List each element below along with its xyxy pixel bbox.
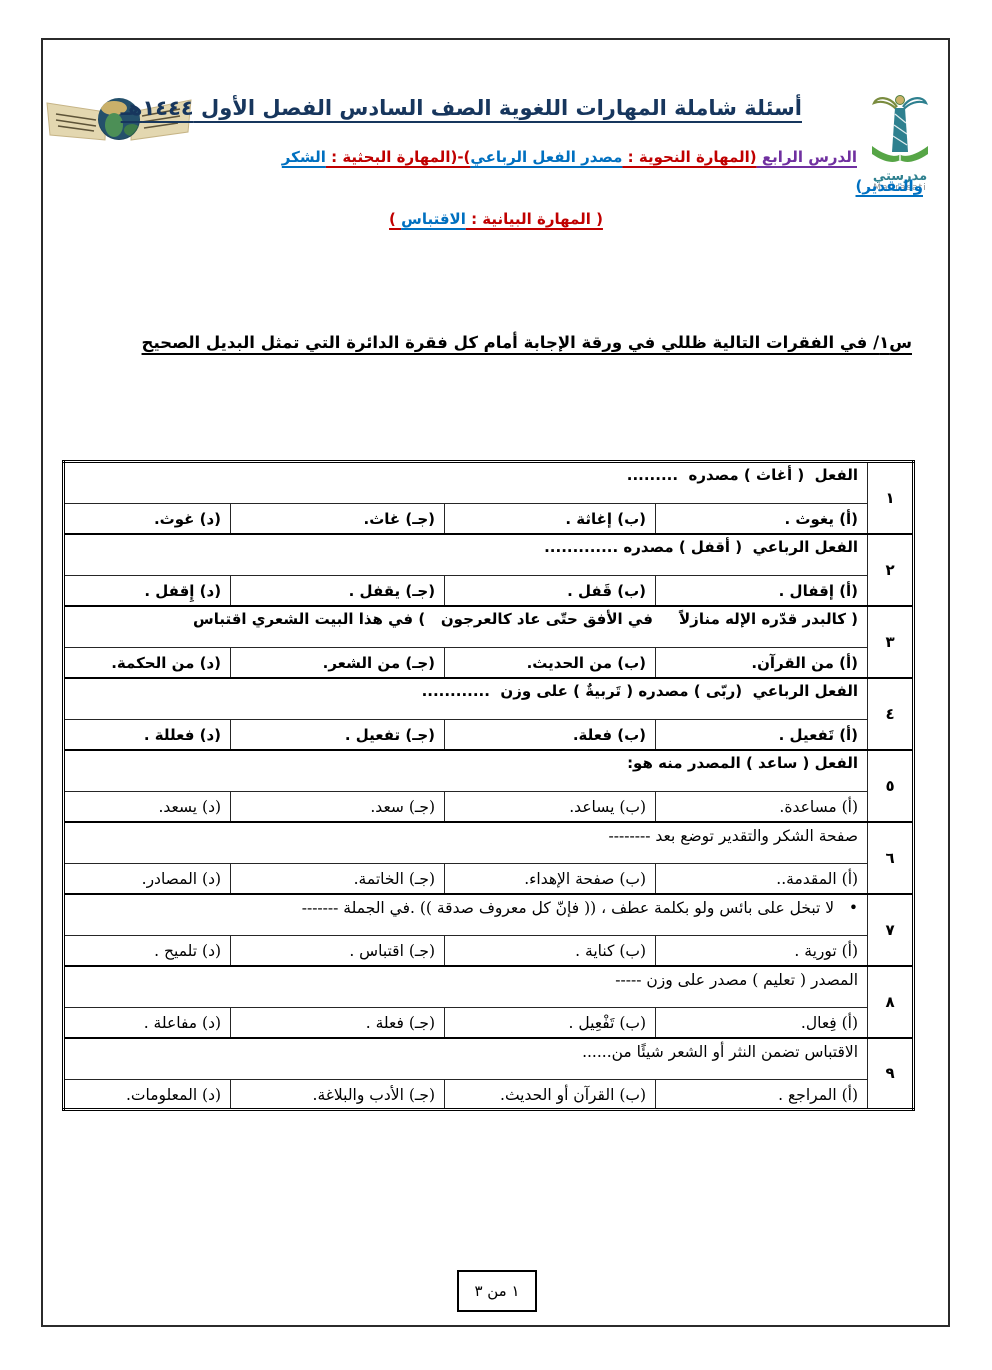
questions-table-body: ١الفعل ( أغاث ) مصدره .........(أ) يغوث … bbox=[64, 462, 914, 1110]
question-row: ١الفعل ( أغاث ) مصدره ......... bbox=[64, 462, 914, 504]
option-a: (أ) يغوث . bbox=[656, 504, 868, 534]
question-text: صفحة الشكر والتقدير توضع بعد -------- bbox=[64, 822, 868, 864]
question-row: ٧• لا تبخل على بائس ولو بكلمة عطف ، (( ف… bbox=[64, 894, 914, 936]
option-c: (جـ) سعد. bbox=[231, 792, 445, 822]
option-d: (د) تلميح . bbox=[64, 936, 231, 966]
option-d: (د) فعللة . bbox=[64, 720, 231, 750]
option-d: (د) غوث. bbox=[64, 504, 231, 534]
question-number: ١ bbox=[868, 462, 914, 534]
question-number: ٤ bbox=[868, 678, 914, 750]
worksheet-page: { "header": { "title": "أسئلة شاملة المه… bbox=[0, 0, 992, 1370]
option-b: (ب) تَفْعِيل . bbox=[445, 1008, 656, 1038]
option-b: (ب) صفحة الإهداء. bbox=[445, 864, 656, 894]
option-c: (جـ) الأدب والبلاغة. bbox=[231, 1080, 445, 1110]
book-left-page bbox=[47, 103, 106, 140]
visual-skill-open: ( المهارة البيانية : bbox=[466, 210, 603, 228]
options-row: (أ) من القرآن.(ب) من الحديث.(جـ) من الشع… bbox=[64, 648, 914, 678]
lesson-line-continuation: والتقدير) bbox=[856, 177, 924, 195]
question-number: ٣ bbox=[868, 606, 914, 678]
options-row: (أ) المقدمة..(ب) صفحة الإهداء.(جـ) الخات… bbox=[64, 864, 914, 894]
option-a: (أ) فِعال. bbox=[656, 1008, 868, 1038]
option-c: (جـ) اقتباس . bbox=[231, 936, 445, 966]
lesson-line: الدرس الرابع (المهارة النحوية : مصدر الف… bbox=[167, 148, 857, 166]
question-row: ٢الفعل الرباعي ( أقفل ) مصدره ..........… bbox=[64, 534, 914, 576]
question-number: ٥ bbox=[868, 750, 914, 822]
option-c: (جـ) الخاتمة. bbox=[231, 864, 445, 894]
option-b: (ب) القرآن أو الحديث. bbox=[445, 1080, 656, 1110]
option-c: (جـ) تفعيل . bbox=[231, 720, 445, 750]
research-skill-term: الشكر bbox=[282, 148, 326, 166]
option-a: (أ) تَفعيل . bbox=[656, 720, 868, 750]
question-text: الفعل الرباعي (ربّى ) مصدره ( تَربيةٌ ) … bbox=[64, 678, 868, 720]
question-number: ٦ bbox=[868, 822, 914, 894]
options-row: (أ) تَفعيل .(ب) فعلة.(جـ) تفعيل .(د) فعل… bbox=[64, 720, 914, 750]
research-skill-open: )-(المهارة البحثية : bbox=[326, 148, 471, 166]
question-number: ٩ bbox=[868, 1038, 914, 1110]
page-title: أسئلة شاملة المهارات اللغوية الصف السادس… bbox=[190, 96, 802, 120]
option-c: (جـ) غاث. bbox=[231, 504, 445, 534]
question-text: المصدر ( تعليم ) مصدر على وزن ----- bbox=[64, 966, 868, 1008]
option-d: (د) مفاعلة . bbox=[64, 1008, 231, 1038]
question-text: الفعل ( أغاث ) مصدره ......... bbox=[64, 462, 868, 504]
options-row: (أ) يغوث .(ب) إغاثة .(جـ) غاث.(د) غوث. bbox=[64, 504, 914, 534]
page-number-label: ١ من ٣ bbox=[474, 1282, 519, 1300]
lesson-label: الدرس الرابع bbox=[757, 148, 857, 166]
option-d: (د) من الحكمة. bbox=[64, 648, 231, 678]
question-row: ٦صفحة الشكر والتقدير توضع بعد -------- bbox=[64, 822, 914, 864]
question-row: ٤الفعل الرباعي (ربّى ) مصدره ( تَربيةٌ )… bbox=[64, 678, 914, 720]
option-c: (جـ) يقفل . bbox=[231, 576, 445, 606]
options-row: (أ) إقفال .(ب) قَفل .(جـ) يقفل .(د) إِقف… bbox=[64, 576, 914, 606]
option-d: (د) المعلومات. bbox=[64, 1080, 231, 1110]
options-row: (أ) تورية .(ب) كناية .(جـ) اقتباس .(د) ت… bbox=[64, 936, 914, 966]
question-text: • لا تبخل على بائس ولو بكلمة عطف ، (( فإ… bbox=[64, 894, 868, 936]
option-b: (ب) إغاثة . bbox=[445, 504, 656, 534]
options-row: (أ) المراجع .(ب) القرآن أو الحديث.(جـ) ا… bbox=[64, 1080, 914, 1110]
question-text: ( كالبدر قدّره الإله منازلاً في الأفق حت… bbox=[64, 606, 868, 648]
question-number: ٧ bbox=[868, 894, 914, 966]
options-row: (أ) مساعدة.(ب) يساعد.(جـ) سعد.(د) يسعد. bbox=[64, 792, 914, 822]
question-number: ٢ bbox=[868, 534, 914, 606]
option-a: (أ) تورية . bbox=[656, 936, 868, 966]
option-b: (ب) يساعد. bbox=[445, 792, 656, 822]
question-row: ٨المصدر ( تعليم ) مصدر على وزن ----- bbox=[64, 966, 914, 1008]
option-d: (د) يسعد. bbox=[64, 792, 231, 822]
option-d: (د) إِقفل . bbox=[64, 576, 231, 606]
option-b: (ب) فعلة. bbox=[445, 720, 656, 750]
question-one-instruction: س١/ في الفقرات التالية ظللي في ورقة الإج… bbox=[190, 333, 912, 352]
question-row: ٣( كالبدر قدّره الإله منازلاً في الأفق ح… bbox=[64, 606, 914, 648]
question-text: الفعل الرباعي ( أقفل ) مصدره ...........… bbox=[64, 534, 868, 576]
question-number: ٨ bbox=[868, 966, 914, 1038]
option-c: (جـ) فعلة . bbox=[231, 1008, 445, 1038]
option-a: (أ) مساعدة. bbox=[656, 792, 868, 822]
grammar-skill-open: (المهارة النحوية : bbox=[622, 148, 756, 166]
option-d: (د) المصادر. bbox=[64, 864, 231, 894]
option-a: (أ) إقفال . bbox=[656, 576, 868, 606]
option-a: (أ) من القرآن. bbox=[656, 648, 868, 678]
option-c: (جـ) من الشعر. bbox=[231, 648, 445, 678]
madrasati-tower-icon bbox=[860, 92, 940, 166]
option-b: (ب) قَفل . bbox=[445, 576, 656, 606]
questions-table: ١الفعل ( أغاث ) مصدره .........(أ) يغوث … bbox=[62, 460, 915, 1111]
option-b: (ب) كناية . bbox=[445, 936, 656, 966]
grammar-skill-term: مصدر الفعل الرباعي bbox=[470, 148, 622, 166]
option-b: (ب) من الحديث. bbox=[445, 648, 656, 678]
visual-skill-close: ) bbox=[389, 210, 401, 228]
question-text: الاقتباس تضمن النثر أو الشعر شيئًا من...… bbox=[64, 1038, 868, 1080]
option-a: (أ) المراجع . bbox=[656, 1080, 868, 1110]
options-row: (أ) فِعال.(ب) تَفْعِيل .(جـ) فعلة .(د) م… bbox=[64, 1008, 914, 1038]
option-a: (أ) المقدمة.. bbox=[656, 864, 868, 894]
visual-skill-line: ( المهارة البيانية : الاقتباس ) bbox=[0, 210, 992, 228]
page-number-box: ١ من ٣ bbox=[457, 1270, 537, 1312]
question-row: ٥الفعل ( ساعد ) المصدر منه هو: bbox=[64, 750, 914, 792]
question-text: الفعل ( ساعد ) المصدر منه هو: bbox=[64, 750, 868, 792]
question-row: ٩الاقتباس تضمن النثر أو الشعر شيئًا من..… bbox=[64, 1038, 914, 1080]
visual-skill-term: الاقتباس bbox=[401, 210, 466, 228]
